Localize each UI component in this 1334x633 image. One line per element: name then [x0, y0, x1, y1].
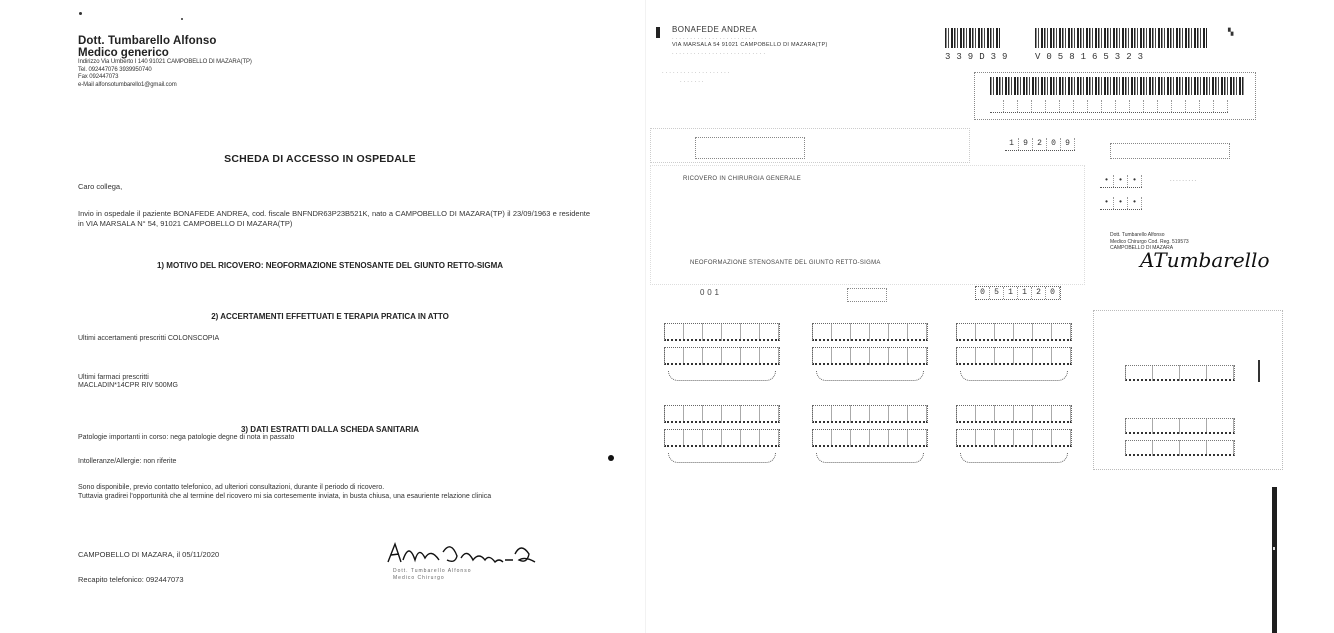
section-frame — [650, 128, 970, 163]
signature-scribble — [383, 540, 543, 570]
doctor-name: Dott. Tumbarello Alfonso — [78, 35, 252, 47]
stamp-cells: ••• — [1100, 197, 1142, 210]
scan-speck — [608, 455, 614, 461]
section-2-title: 2) ACCERTAMENTI EFFETTUATI E TERAPIA PRA… — [0, 312, 660, 321]
form-marker — [656, 27, 660, 38]
allergies: Intolleranze/Allergie: non riferite — [78, 458, 176, 467]
corner-mark: ▚ — [1228, 28, 1233, 36]
form-small-label: · · · · · · · — [680, 79, 704, 85]
barcode-2 — [1035, 28, 1207, 48]
doctor-role: Medico generico — [78, 47, 252, 59]
priority-box — [847, 288, 887, 302]
code-grid — [812, 323, 928, 381]
salutation: Caro collega, — [78, 182, 122, 191]
stamp-cells: ••• — [1100, 175, 1142, 188]
barcode-2-number: V058165323 — [1035, 52, 1149, 62]
form-small-label: · · · · · · · · · · · · · · · · · · · — [662, 70, 730, 76]
section-1-reason: 1) MOTIVO DEL RICOVERO: NEOFORMAZIONE ST… — [0, 261, 660, 270]
quantity-code: 0 0 1 — [700, 288, 719, 297]
doctor-signature: Dott. Tumbarello Alfonso Medico Chirurgo — [383, 540, 543, 600]
code-grid — [664, 323, 780, 381]
code-cells — [990, 100, 1228, 113]
patient-name: BONAFEDE ANDREA — [672, 25, 757, 34]
doctor-phone: Tel. 092447076 3939950740 — [78, 67, 252, 75]
diagnosis-text: NEOFORMAZIONE STENOSANTE DEL GIUNTO RETT… — [690, 260, 881, 266]
barcode-3 — [990, 77, 1245, 95]
doctor-fax: Fax 092447073 — [78, 74, 252, 82]
doctor-address: Indirizzo Via Umberto I 140 91021 CAMPOB… — [78, 59, 252, 67]
edge-mark — [1258, 360, 1260, 382]
barcode-1-number: 339D39 — [945, 52, 1013, 62]
code-grid — [956, 405, 1072, 463]
stamp-dots: · · · · · · · · · — [1170, 178, 1196, 184]
document-title: SCHEDA DI ACCESSO IN OSPEDALE — [0, 153, 640, 165]
place-date: CAMPOBELLO DI MAZARA, il 05/11/2020 — [78, 551, 219, 560]
scan-edge — [1272, 487, 1277, 633]
patient-address: VIA MARSALA 54 91021 CAMPOBELLO DI MAZAR… — [672, 42, 828, 48]
scan-speck — [181, 18, 183, 20]
signature-stamp: Dott. Tumbarello Alfonso Medico Chirurgo — [393, 568, 471, 582]
barcode-1 — [945, 28, 1000, 48]
closing-request: Tuttavia gradirei l'opportunità che al t… — [78, 492, 590, 501]
page-divider — [645, 0, 646, 633]
doctor-header: Dott. Tumbarello Alfonso Medico generico… — [78, 35, 252, 89]
doctor-signature-form: ATumbarello — [1140, 248, 1270, 272]
prescription-form: BONAFEDE ANDREA · · · · · · · · · · · · … — [650, 0, 1334, 633]
region-cells: 19209 — [1005, 138, 1075, 151]
patient-intro: Invio in ospedale il paziente BONAFEDE A… — [78, 209, 590, 228]
referral-letter: Dott. Tumbarello Alfonso Medico generico… — [0, 0, 640, 633]
code-grid — [664, 405, 780, 463]
doctor-email: e-Mail alfonsotumbarello1@gmail.com — [78, 82, 252, 90]
date-cells: 0 5 1 1 2 0 — [975, 286, 1061, 300]
exams-prescribed: Ultimi accertamenti prescritti COLONSCOP… — [78, 335, 219, 344]
code-grid — [956, 323, 1072, 381]
prescription-area — [650, 165, 1085, 285]
code-grid — [812, 405, 928, 463]
scan-speck — [79, 12, 82, 15]
pathologies: Patologie importanti in corso: nega pato… — [78, 434, 294, 443]
drugs-prescribed: MACLADIN*14CPR RIV 500MG — [78, 382, 178, 391]
address-dots: · · · · · · · · · · · · · · · · · · · · … — [672, 51, 765, 57]
fee-area — [1093, 310, 1283, 470]
section-3-title: 3) DATI ESTRATTI DALLA SCHEDA SANITARIA — [0, 425, 660, 434]
closing-availability: Sono disponibile, previo contatto telefo… — [78, 483, 590, 492]
contact-phone: Recapito telefonico: 092447073 — [78, 576, 184, 585]
region-box — [1110, 143, 1230, 159]
